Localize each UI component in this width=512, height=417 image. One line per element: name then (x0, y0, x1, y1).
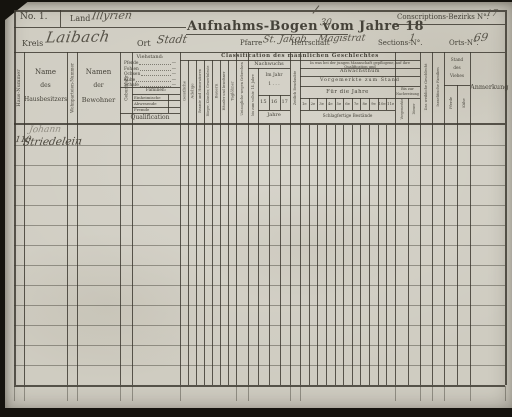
viehstand-row: Fohlen— (124, 67, 176, 72)
year-handwriting: 30 (319, 19, 332, 28)
nachwuchs-jahre-label: Jahre (258, 113, 290, 118)
column-bewohner-line2: der (77, 83, 120, 89)
column-bewohner-line3: Bewohner (77, 97, 120, 104)
scanned-document-photo: No. 1. Land Illyrien Aufnahms-Bogen vom … (0, 0, 512, 417)
familien-title: Familien: (132, 89, 180, 93)
familien-row: Einheimische (134, 96, 161, 100)
viehbestand-header-line3: Viehes (444, 74, 470, 78)
pfarre-label: Pfarre (240, 40, 262, 47)
ort-value-handwriting: Stadt (156, 34, 188, 46)
familien-row: Abwesende (134, 102, 157, 106)
viehbestand-header-line2: des (444, 66, 470, 70)
anmerkung-column-label: Anmerkung (470, 84, 505, 91)
column-bewohner-line1: Namen (77, 69, 120, 76)
nachwuchs-im-jahr: Im Jahr (258, 74, 290, 79)
land-label: Land (70, 15, 90, 23)
viehbestand-header-line1: Stand (444, 58, 470, 62)
revision-bottom-label: Schlagfertige Bestände (300, 114, 395, 118)
nachweisung-label-line2: Nachweisung (395, 93, 420, 96)
nachwuchs-im-jahr-dots: 1 . . . (258, 83, 290, 88)
viehstand-row: Kühe— (124, 78, 176, 83)
orts-number-value: 69 (473, 32, 489, 43)
column-hausbesitzer-line1: Name (24, 69, 67, 76)
viehstand-row: Ochsen— (124, 72, 176, 77)
entry-owner-name-line2-handwriting: Striedelein (22, 136, 82, 148)
classification-heading: Classification des männlichen Geschlecht… (180, 54, 420, 59)
familien-row: Fremde (134, 108, 149, 112)
herrschaft-value-handwriting: Magistrat (317, 34, 366, 44)
column-hausbesitzer-line2: des (24, 83, 67, 89)
sheet-number: No. 1. (20, 13, 47, 22)
kreis-label: Kreis (22, 40, 43, 48)
viehstand-row: Pferde— (124, 61, 176, 66)
qualification-label: Qualification (120, 115, 180, 121)
nachwuchs-age-cells: 151617 (258, 95, 290, 110)
conscription-district-label: Conscriptions-Bezirks N°. (397, 14, 489, 21)
revision-heading-line2: Anwachsthum (300, 70, 420, 75)
entry-owner-name-line1-handwriting: Johann (28, 126, 61, 136)
ort-label: Ort (137, 40, 151, 48)
column-hausbesitzer-line3: Hausbesitzers (24, 97, 67, 103)
fuer-die-jahre-label: Für die Jahre (300, 90, 395, 95)
nachwuchs-title: Nachwuchs (248, 62, 290, 67)
land-value-handwriting: Illyrien (91, 10, 133, 22)
conscription-district-value: 17 (485, 10, 498, 19)
sections-number-label: Sections-N°. (378, 40, 422, 47)
form-title: Aufnahms-Bogen vom Jahre 18 (187, 20, 424, 33)
revision-heading-line3: Vorgemerkte zum Stand (300, 79, 420, 84)
aufnahms-bogen-form: No. 1. Land Illyrien Aufnahms-Bogen vom … (0, 0, 512, 417)
jahre-tick-cells: 1e2e3e4e5e6e7e8e9e10e11e (300, 98, 395, 110)
viehstand-title: Viehstand: (120, 55, 180, 60)
kreis-value-handwriting: Laibach (45, 29, 111, 45)
